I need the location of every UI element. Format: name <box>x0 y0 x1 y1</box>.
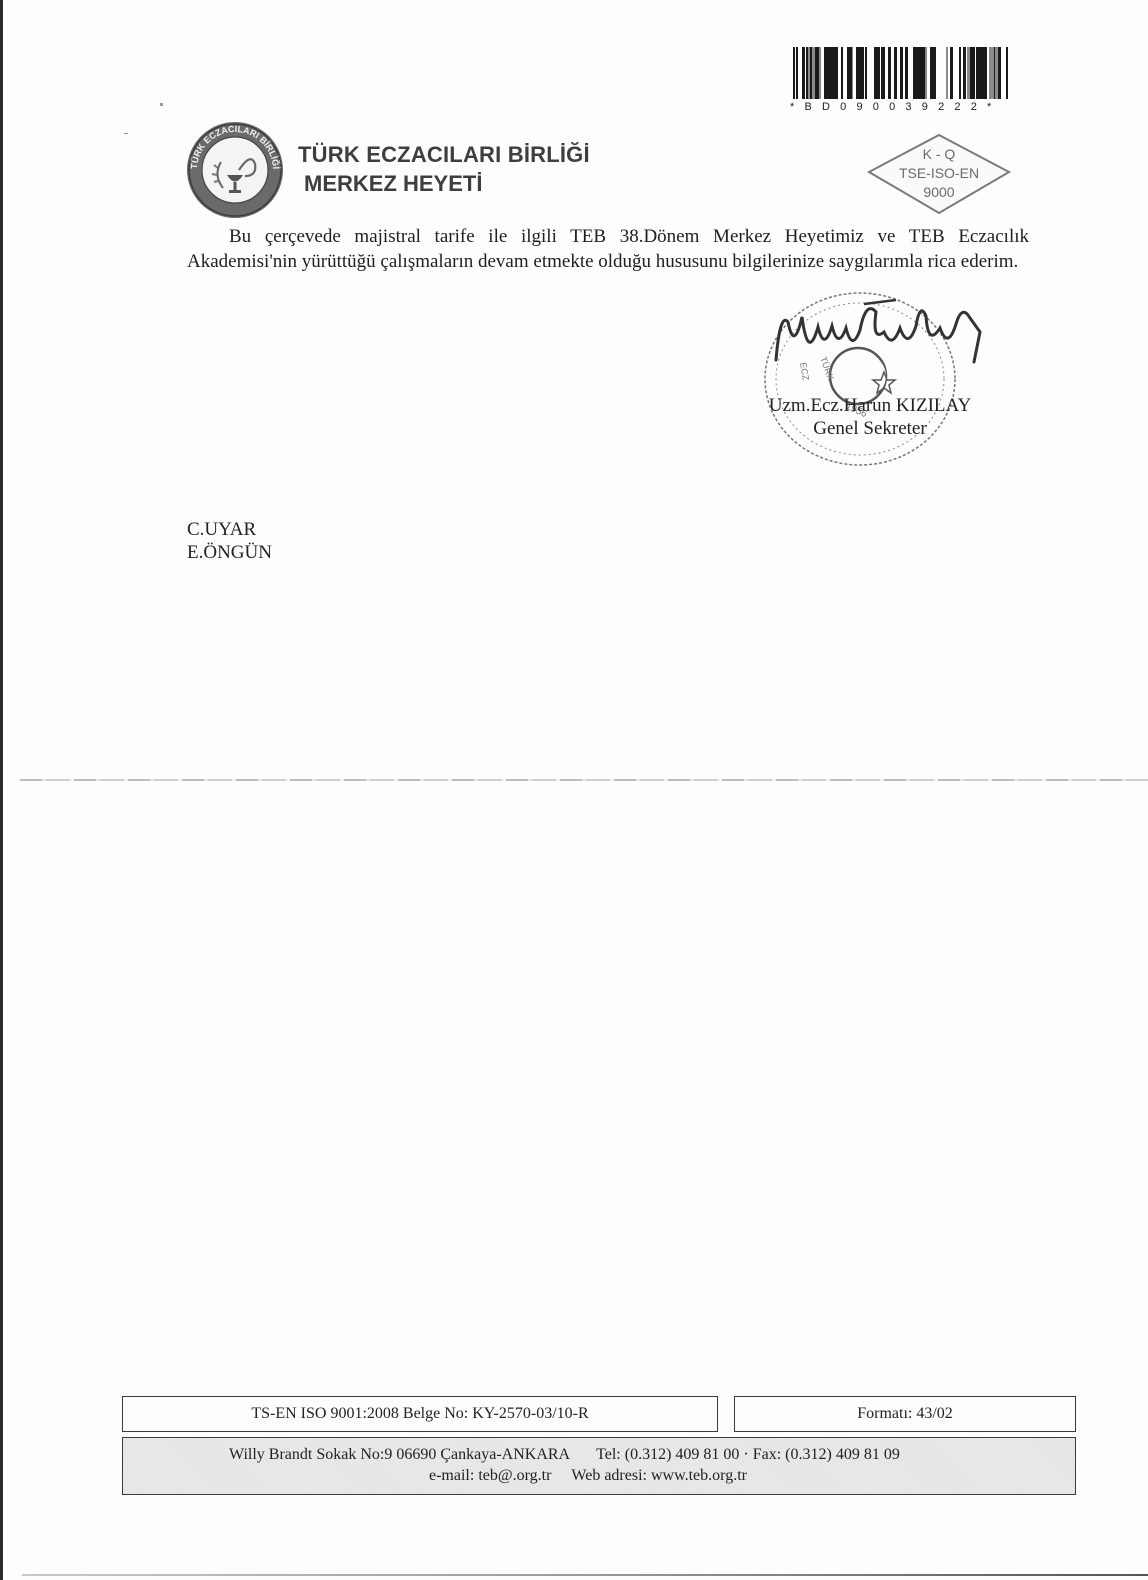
format-number: Formatı: 43/02 <box>735 1397 1075 1424</box>
phone-fax: Tel: (0.312) 409 81 00 · Fax: (0.312) 40… <box>596 1446 900 1463</box>
barcode-number: *BD090039222* <box>790 101 1014 113</box>
format-box: Formatı: 43/02 <box>734 1396 1076 1432</box>
letter-paragraph: Bu çerçevede majistral tarife ile ilgili… <box>187 224 1029 274</box>
signer-block: Uzm.Ecz.Harun KIZILAY Genel Sekreter <box>752 394 988 440</box>
scan-speck <box>160 103 163 106</box>
iso-badge-line3: 9000 <box>866 184 1012 200</box>
letter-body: Bu çerçevede majistral tarife ile ilgili… <box>187 224 1029 274</box>
document-barcode <box>793 47 1010 99</box>
handwritten-signature-icon <box>768 292 988 372</box>
iso-badge-line2: TSE-ISO-EN <box>866 165 1012 181</box>
website-address[interactable]: Web adresi: www.teb.org.tr <box>571 1467 747 1484</box>
iso-certification-badge: K - Q TSE-ISO-EN 9000 <box>866 132 1012 216</box>
certificate-number: TS-EN ISO 9001:2008 Belge No: KY-2570-03… <box>123 1397 717 1424</box>
initials-line: E.ÖNGÜN <box>187 541 272 564</box>
email-address[interactable]: e-mail: teb@.org.tr <box>429 1467 551 1484</box>
certificate-box: TS-EN ISO 9001:2008 Belge No: KY-2570-03… <box>122 1396 718 1432</box>
paper-fold-line <box>20 779 1148 781</box>
iso-badge-line1: K - Q <box>866 146 1012 162</box>
scan-edge <box>0 0 3 1580</box>
signer-title: Genel Sekreter <box>752 417 988 440</box>
organization-name: TÜRK ECZACILARI BİRLİĞİ <box>298 141 590 168</box>
teb-seal-icon: TÜRK ECZACILARI BİRLİĞİ <box>185 120 285 220</box>
contact-box: Willy Brandt Sokak No:9 06690 Çankaya-AN… <box>122 1437 1076 1495</box>
initials-line: C.UYAR <box>187 518 272 541</box>
barcode-icon <box>793 47 1010 99</box>
preparer-initials: C.UYAR E.ÖNGÜN <box>187 518 272 564</box>
organization-subtitle: MERKEZ HEYETİ <box>304 170 482 197</box>
postal-address: Willy Brandt Sokak No:9 06690 Çankaya-AN… <box>229 1446 570 1463</box>
page-bottom-rule <box>22 1574 1148 1576</box>
signer-name: Uzm.Ecz.Harun KIZILAY <box>752 394 988 417</box>
scan-speck <box>124 133 128 134</box>
